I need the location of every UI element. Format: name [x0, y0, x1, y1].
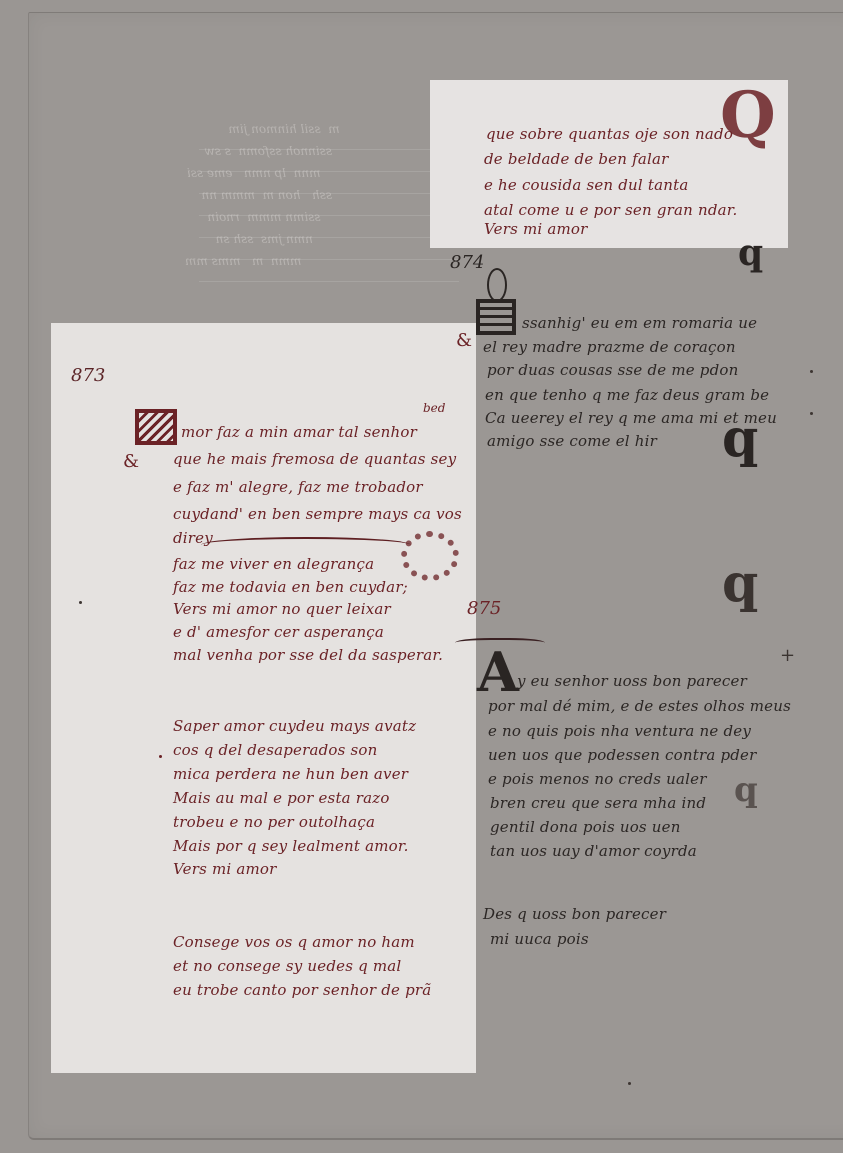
- text-line: Mais au mal e por esta razo: [173, 789, 390, 807]
- text-line: amigo sse come el hir: [487, 432, 657, 450]
- text-line: que sobre quantas oje son nado: [486, 125, 733, 143]
- text-line: e no quis pois nha ventura ne dey: [488, 722, 751, 740]
- refrain-line: Vers mi amor: [484, 220, 588, 238]
- text-line: por mal dé mim, e de estes olhos meus: [488, 697, 791, 715]
- decorated-initial: [129, 401, 177, 447]
- text-line: e he cousida sen dul tanta: [484, 176, 689, 194]
- text-line: y eu senhor uoss bon parecer: [517, 672, 747, 690]
- text-line: que he mais fremosa de quantas sey: [173, 450, 456, 468]
- text-line: e pois menos no creds ualer: [488, 770, 707, 788]
- poem-number: 875: [467, 598, 501, 619]
- ink-dot: [159, 755, 162, 758]
- text-line: eu trobe canto por senhor de prã: [173, 981, 431, 999]
- refrain-line: Vers mi amor: [173, 860, 277, 878]
- cross-mark: +: [780, 645, 795, 666]
- refrain-line: Vers mi amor no quer leixar: [173, 600, 391, 618]
- text-line: Consege vos os q amor no ham: [173, 933, 415, 951]
- text-line: uen uos que podessen contra pder: [488, 746, 757, 764]
- text-line: por duas cousas sse de me pdon: [487, 361, 739, 379]
- ink-dot: [810, 412, 813, 415]
- text-line: trobeu e no per outolhaça: [173, 813, 375, 831]
- poem-number: 874: [450, 252, 484, 273]
- ink-stain: [401, 531, 459, 581]
- text-line: el rey madre prazme de coraçon: [483, 338, 736, 356]
- poem-number: 873: [71, 365, 105, 386]
- margin-letter: q: [734, 770, 758, 810]
- highlight-panel-top: que sobre quantas oje son nado de beldad…: [430, 80, 788, 248]
- bleed-through-text: m ssil hinmon jim ssinnoh ssfomn s sw mn…: [185, 118, 340, 272]
- highlight-panel-left: 873 & mor faz a min amar tal senhor que …: [51, 323, 476, 1073]
- decorated-initial: A: [478, 642, 518, 702]
- text-line: tan uos uay d'amor coyrda: [490, 842, 697, 860]
- text-line: mal venha por sse del da sasperar.: [173, 646, 443, 664]
- margin-letter: q: [738, 232, 763, 274]
- coda-line: mi uuca pois: [490, 930, 589, 948]
- text-line: Saper amor cuydeu mays avatz: [173, 717, 416, 735]
- margin-letter: q: [722, 553, 758, 614]
- text-line: faz me todavia en ben cuydar;: [173, 578, 408, 596]
- text-line: et no consege sy uedes q mal: [173, 957, 401, 975]
- text-line: mor faz a min amar tal senhor: [181, 423, 417, 441]
- text-line: bren creu que sera mha ind: [490, 794, 706, 812]
- side-mark: bed: [423, 401, 445, 415]
- ink-dot: [628, 1082, 631, 1085]
- text-line: en que tenho q me faz deus gram be: [485, 386, 769, 404]
- text-line: e faz m' alegre, faz me trobador: [173, 478, 423, 496]
- flourish-icon: [487, 268, 507, 302]
- flourish-icon: &: [123, 451, 139, 472]
- text-line: mica perdera ne hun ben aver: [173, 765, 408, 783]
- text-line: atal come u e por sen gran ndar.: [484, 201, 737, 219]
- text-line: de beldade de ben falar: [484, 150, 668, 168]
- ink-dot: [79, 601, 82, 604]
- text-line: e d' amesfor cer asperança: [173, 623, 384, 641]
- text-line: cos q del desaperados son: [173, 741, 378, 759]
- margin-letter: q: [722, 408, 758, 469]
- text-line: Mais por q sey lealment amor.: [173, 837, 409, 855]
- coda-line: Des q uoss bon parecer: [483, 905, 666, 923]
- text-line: cuydand' en ben sempre mays ca vos: [173, 505, 462, 523]
- initial-letter: Q: [720, 78, 776, 153]
- flourish-line: [201, 537, 411, 553]
- flourish-icon: &: [456, 330, 472, 351]
- text-line: faz me viver en alegrança: [173, 555, 374, 573]
- ink-dot: [810, 370, 813, 373]
- text-line: ssanhig' eu em em romaria ue: [522, 314, 757, 332]
- text-line: gentil dona pois uos uen: [490, 818, 681, 836]
